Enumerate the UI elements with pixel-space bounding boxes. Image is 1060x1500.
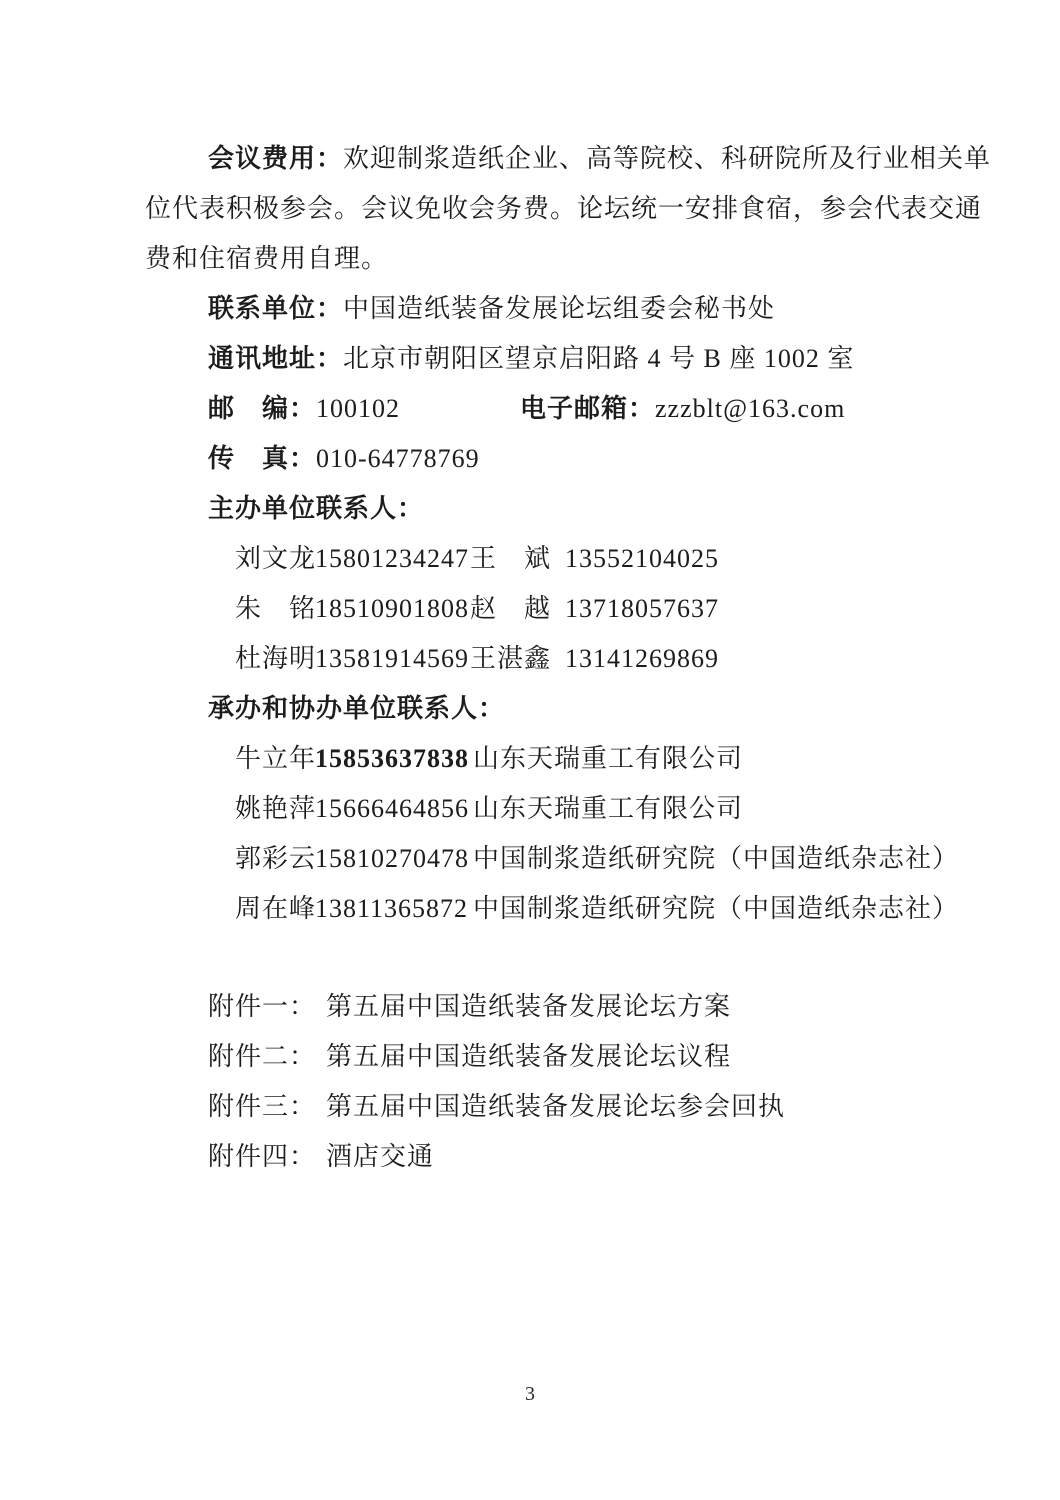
contact-phone: 15853637838 <box>315 734 473 784</box>
contact-phone: 13141269869 <box>565 644 719 673</box>
attachment-label: 附件一： <box>208 992 316 1021</box>
contact-name: 王 斌 <box>470 534 565 584</box>
contact-name: 杜海明 <box>235 634 315 684</box>
contact-name: 王湛鑫 <box>470 634 565 684</box>
document-body: 会议费用：欢迎制浆造纸企业、高等院校、科研院所及行业相关单 位代表积极参会。会议… <box>145 134 990 1182</box>
attachment-label: 附件三： <box>208 1092 316 1121</box>
contact-address-value: 北京市朝阳区望京启阳路 4 号 B 座 1002 室 <box>343 344 854 373</box>
email-value: zzzblt@163.com <box>655 394 845 423</box>
contact-unit-label: 联系单位： <box>208 294 343 323</box>
contact-org: 山东天瑞重工有限公司 <box>473 744 743 773</box>
attachments-list: 附件一：第五届中国造纸装备发展论坛方案 附件二：第五届中国造纸装备发展论坛议程 … <box>145 982 990 1182</box>
contact-phone: 15810270478 <box>315 834 473 884</box>
partner-contact-row: 郭彩云15810270478中国制浆造纸研究院（中国造纸杂志社） <box>145 834 990 884</box>
postcode-email-row: 邮 编：100102电子邮箱：zzzblt@163.com <box>145 384 990 434</box>
contact-phone: 15666464856 <box>315 784 473 834</box>
fee-paragraph-label: 会议费用： <box>208 144 343 173</box>
contact-phone: 13552104025 <box>565 544 719 573</box>
fee-paragraph-line3: 费和住宿费用自理。 <box>145 234 990 284</box>
contact-name: 姚艳萍 <box>235 784 315 834</box>
attachment-title: 第五届中国造纸装备发展论坛议程 <box>326 1042 731 1071</box>
contact-org: 中国制浆造纸研究院（中国造纸杂志社） <box>473 894 959 923</box>
partner-contact-row: 牛立年15853637838山东天瑞重工有限公司 <box>145 734 990 784</box>
contact-address-label: 通讯地址： <box>208 344 343 373</box>
contact-name: 朱 铭 <box>235 584 315 634</box>
postcode-cell: 邮 编：100102 <box>208 384 520 434</box>
contact-unit-row: 联系单位：中国造纸装备发展论坛组委会秘书处 <box>145 284 990 334</box>
attachment-item: 附件四：酒店交通 <box>145 1132 990 1182</box>
attachment-title: 酒店交通 <box>326 1142 434 1171</box>
attachment-title: 第五届中国造纸装备发展论坛方案 <box>326 992 731 1021</box>
postcode-label: 邮 编： <box>208 394 316 423</box>
email-cell: 电子邮箱：zzzblt@163.com <box>520 394 845 423</box>
contact-phone: 13718057637 <box>565 594 719 623</box>
contact-address-row: 通讯地址：北京市朝阳区望京启阳路 4 号 B 座 1002 室 <box>145 334 990 384</box>
attachment-item: 附件三：第五届中国造纸装备发展论坛参会回执 <box>145 1082 990 1132</box>
contact-phone: 18510901808 <box>315 584 470 634</box>
partner-contacts-heading: 承办和协办单位联系人： <box>145 684 990 734</box>
host-contact-row: 杜海明13581914569王湛鑫13141269869 <box>145 634 990 684</box>
fax-value: 010-64778769 <box>316 444 480 473</box>
attachment-item: 附件一：第五届中国造纸装备发展论坛方案 <box>145 982 990 1032</box>
partner-contact-row: 周在峰13811365872中国制浆造纸研究院（中国造纸杂志社） <box>145 884 990 934</box>
fax-row: 传 真：010-64778769 <box>145 434 990 484</box>
contact-name: 刘文龙 <box>235 534 315 584</box>
contact-phone: 13811365872 <box>315 884 473 934</box>
contact-name: 牛立年 <box>235 734 315 784</box>
attachment-title: 第五届中国造纸装备发展论坛参会回执 <box>326 1092 785 1121</box>
attachment-label: 附件二： <box>208 1042 316 1071</box>
contact-name: 周在峰 <box>235 884 315 934</box>
email-label: 电子邮箱： <box>520 394 655 423</box>
contact-phone: 13581914569 <box>315 634 470 684</box>
contact-name: 赵 越 <box>470 584 565 634</box>
host-contact-row: 朱 铭18510901808赵 越13718057637 <box>145 584 990 634</box>
document-page: 会议费用：欢迎制浆造纸企业、高等院校、科研院所及行业相关单 位代表积极参会。会议… <box>0 0 1060 1500</box>
contact-org: 山东天瑞重工有限公司 <box>473 794 743 823</box>
contact-phone: 15801234247 <box>315 534 470 584</box>
postcode-value: 100102 <box>316 394 400 423</box>
page-number: 3 <box>0 1383 1060 1406</box>
attachment-label: 附件四： <box>208 1142 316 1171</box>
contact-org: 中国制浆造纸研究院（中国造纸杂志社） <box>473 844 959 873</box>
partner-contact-row: 姚艳萍15666464856山东天瑞重工有限公司 <box>145 784 990 834</box>
fax-label: 传 真： <box>208 444 316 473</box>
host-contact-row: 刘文龙15801234247王 斌13552104025 <box>145 534 990 584</box>
attachment-item: 附件二：第五届中国造纸装备发展论坛议程 <box>145 1032 990 1082</box>
fee-paragraph-line1: 会议费用：欢迎制浆造纸企业、高等院校、科研院所及行业相关单 <box>145 134 990 184</box>
contact-name: 郭彩云 <box>235 834 315 884</box>
contact-unit-value: 中国造纸装备发展论坛组委会秘书处 <box>343 294 775 323</box>
fee-paragraph-text1: 欢迎制浆造纸企业、高等院校、科研院所及行业相关单 <box>343 144 991 173</box>
host-contacts-heading: 主办单位联系人： <box>145 484 990 534</box>
fee-paragraph-line2: 位代表积极参会。会议免收会务费。论坛统一安排食宿，参会代表交通 <box>145 184 990 234</box>
